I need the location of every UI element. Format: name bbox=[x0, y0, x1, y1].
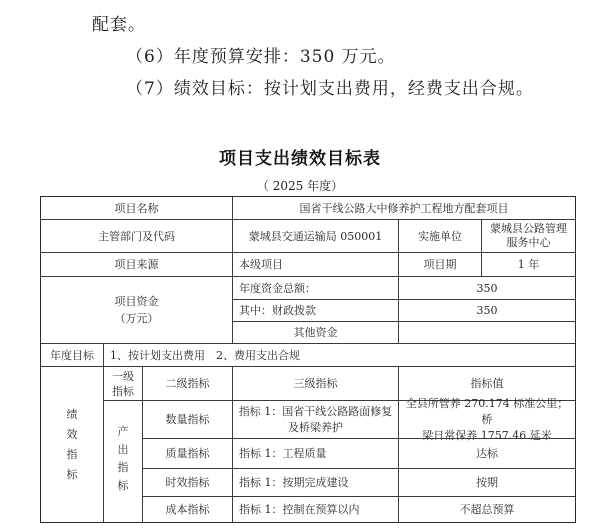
source-label: 项目来源 bbox=[40, 252, 233, 277]
funds-fiscal-value: 350 bbox=[398, 299, 576, 322]
funds-other-label: 其他资金 bbox=[232, 321, 399, 344]
funds-other-value bbox=[398, 321, 576, 344]
level1-header: 一级 指标 bbox=[103, 366, 143, 401]
indicator-row-cost-level3: 指标 1：控制在预算以内 bbox=[232, 496, 399, 523]
indicator-row-quality-level2: 质量指标 bbox=[142, 438, 233, 469]
indicator-row-timeliness-level2: 时效指标 bbox=[142, 468, 233, 497]
annual-goal-value: 1、按计划支出费用 2、费用支出合规 bbox=[103, 343, 576, 367]
period-label: 项目期 bbox=[398, 252, 482, 277]
indicator-row-cost-value: 不超总预算 bbox=[398, 496, 576, 523]
indicator-row-quantity-level2: 数量指标 bbox=[142, 400, 233, 439]
project-name-value: 国省干线公路大中修养护工程地方配套项目 bbox=[232, 196, 576, 220]
indicator-row-cost-level2: 成本指标 bbox=[142, 496, 233, 523]
source-value: 本级项目 bbox=[232, 252, 399, 277]
indicator-row-quantity-level3: 指标 1：国省干线公路路面修复 及桥梁养护 bbox=[232, 400, 399, 439]
indicator-row-timeliness-value: 按期 bbox=[398, 468, 576, 497]
funds-total-value: 350 bbox=[398, 276, 576, 300]
indicator-row-quantity-value: 全县所管养 270.174 标准公里；桥 梁日常保养 1757.46 延米 bbox=[398, 400, 576, 439]
impl-unit-line1: 蒙城县公路管理 bbox=[490, 222, 567, 236]
level3-header: 三级指标 bbox=[232, 366, 399, 401]
funds-label: 项目资金 （万元） bbox=[40, 276, 233, 344]
dept-value: 蒙城县交通运输局 050001 bbox=[232, 219, 399, 253]
performance-table: 项目名称 国省干线公路大中修养护工程地方配套项目 主管部门及代码 蒙城县交通运输… bbox=[0, 0, 600, 529]
indicator-row-quality-level3: 指标 1：工程质量 bbox=[232, 438, 399, 469]
indicator-row-quality-value: 达标 bbox=[398, 438, 576, 469]
level2-header: 二级指标 bbox=[142, 366, 233, 401]
funds-total-label: 年度资金总额： bbox=[232, 276, 399, 300]
funds-fiscal-label: 其中：财政拨款 bbox=[232, 299, 399, 322]
indicator-row-timeliness-level3: 指标 1：按期完成建设 bbox=[232, 468, 399, 497]
perf-indicator-label: 绩 效 指 标 bbox=[40, 366, 104, 523]
period-value: 1 年 bbox=[481, 252, 576, 277]
project-name-label: 项目名称 bbox=[40, 196, 233, 220]
annual-goal-label: 年度目标 bbox=[40, 343, 104, 367]
funds-label-line1: 项目资金 bbox=[115, 293, 159, 310]
dept-label: 主管部门及代码 bbox=[40, 219, 233, 253]
impl-unit-line2: 服务中心 bbox=[507, 236, 551, 250]
output-indicator-label: 产 出 指 标 bbox=[103, 400, 143, 523]
impl-unit-value: 蒙城县公路管理 服务中心 bbox=[481, 219, 576, 253]
impl-unit-label: 实施单位 bbox=[398, 219, 482, 253]
funds-label-line2: （万元） bbox=[115, 310, 159, 327]
